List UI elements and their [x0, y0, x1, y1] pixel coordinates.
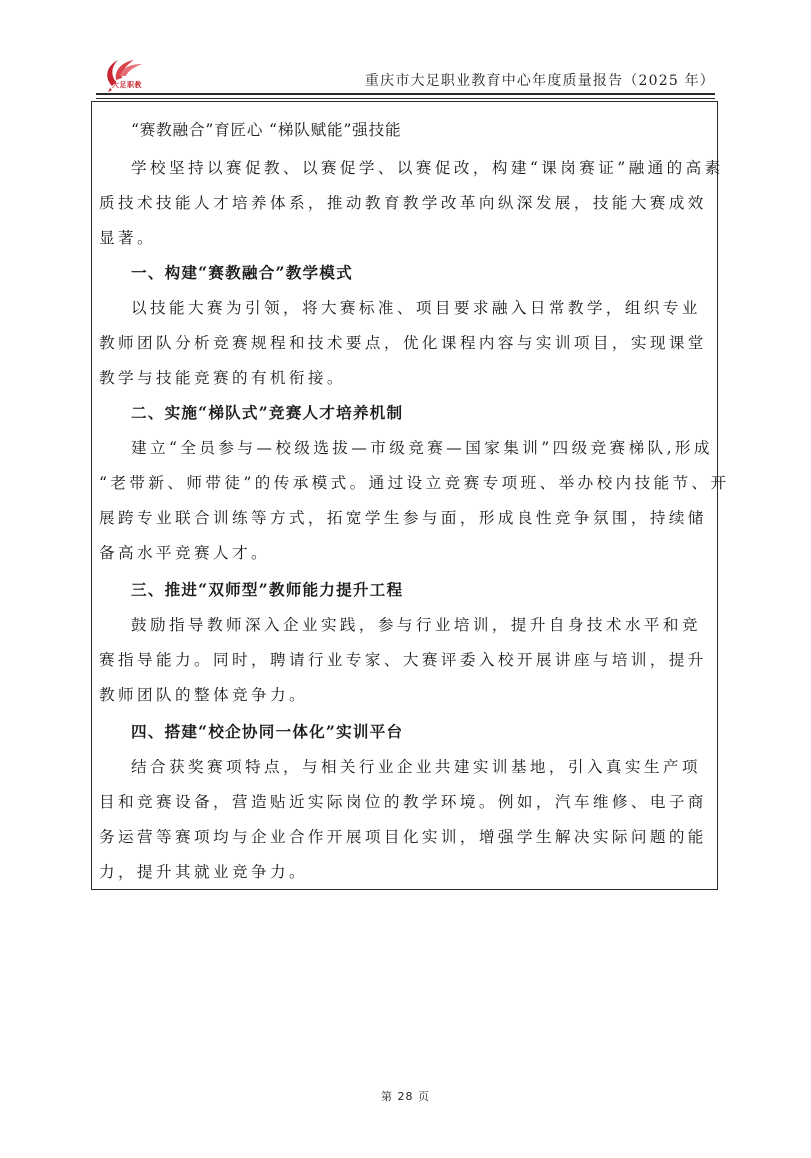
subtitle: “赛教融合”育匠心 “梯队赋能”强技能	[131, 118, 749, 140]
paragraph-line: 鼓励指导教师深入企业实践，参与行业培训，提升自身技术水平和竞	[131, 613, 749, 635]
paragraph-line: 赛指导能力。同时，聘请行业专家、大赛评委入校开展讲座与培训，提升	[99, 648, 717, 670]
header-rule-thin	[96, 98, 715, 99]
paragraph-line: 力，提升其就业竞争力。	[99, 860, 717, 882]
paragraph-line: 建立“全员参与—校级选拔—市级竞赛—国家集训”四级竞赛梯队,形成	[131, 436, 749, 458]
section-heading: 二、实施“梯队式”竞赛人才培养机制	[131, 401, 749, 423]
paragraph-line: 目和竞赛设备，营造贴近实际岗位的教学环境。例如，汽车维修、电子商	[99, 790, 717, 812]
paragraph-line: 教学与技能竞赛的有机衔接。	[99, 366, 717, 388]
paragraph-line: 结合获奖赛项特点，与相关行业企业共建实训基地，引入真实生产项	[131, 755, 749, 777]
paragraph-line: 备高水平竞赛人才。	[99, 541, 717, 563]
paragraph-line: 务运营等赛项均与企业合作开展项目化实训，增强学生解决实际问题的能	[99, 825, 717, 847]
intro-line: 学校坚持以赛促教、以赛促学、以赛促改，构建“课岗赛证”融通的高素	[131, 156, 749, 178]
paragraph-line: 以技能大赛为引领，将大赛标准、项目要求融入日常教学，组织专业	[131, 296, 749, 318]
paragraph-line: 教师团队的整体竞争力。	[99, 683, 717, 705]
section-heading: 一、构建“赛教融合”教学模式	[131, 261, 749, 283]
intro-line: 质技术技能人才培养体系，推动教育教学改革向纵深发展，技能大赛成效	[99, 191, 717, 213]
intro-line: 显著。	[99, 226, 717, 248]
header-rule-thick	[96, 93, 715, 95]
paragraph-line: “老带新、师带徒”的传承模式。通过设立竞赛专项班、举办校内技能节、开	[99, 471, 717, 493]
paragraph-line: 展跨专业联合训练等方式，拓宽学生参与面，形成良性竞争氛围，持续储	[99, 506, 717, 528]
logo-text: 大足职教	[112, 80, 142, 90]
section-heading: 四、搭建“校企协同一体化”实训平台	[131, 720, 749, 742]
report-title: 重庆市大足职业教育中心年度质量报告（2025 年）	[365, 70, 715, 90]
section-heading: 三、推进“双师型”教师能力提升工程	[131, 578, 749, 600]
page-number: 第 28 页	[0, 1088, 811, 1104]
paragraph-line: 教师团队分析竞赛规程和技术要点，优化课程内容与实训项目，实现课堂	[99, 331, 717, 353]
